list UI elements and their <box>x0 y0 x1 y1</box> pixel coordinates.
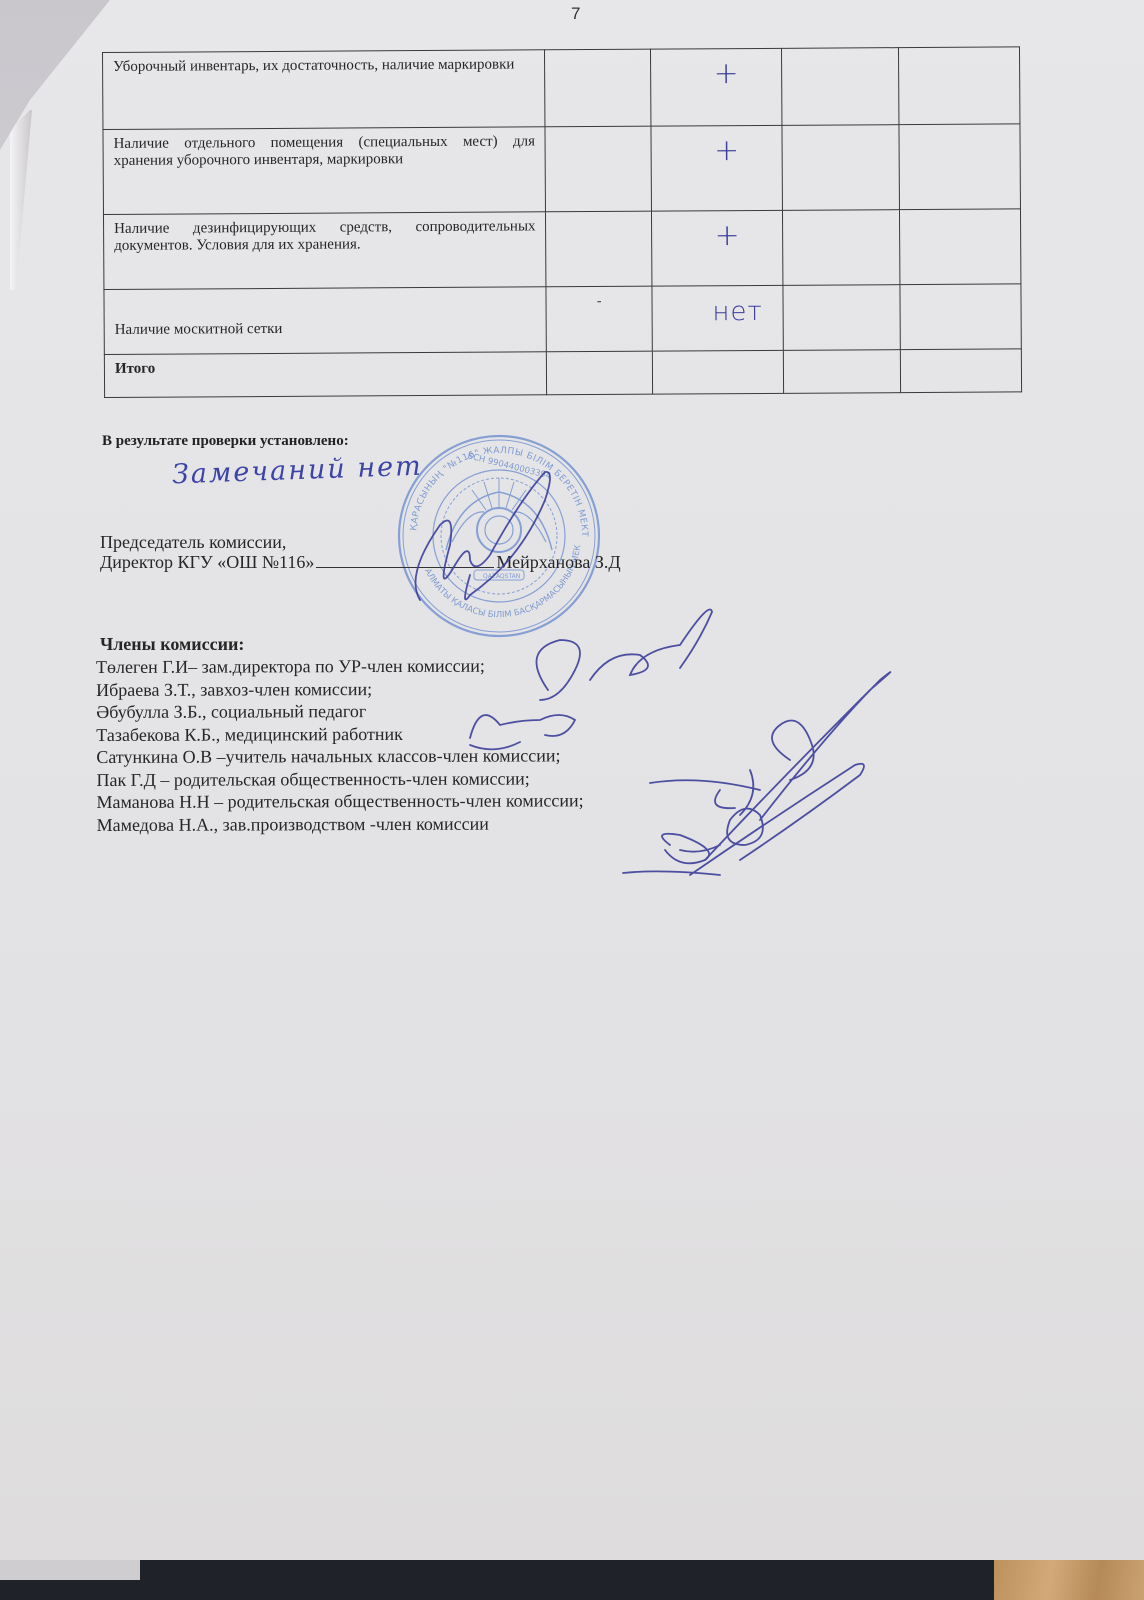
cell <box>899 209 1021 285</box>
chairman-name: Мейрханова З.Д <box>496 552 620 572</box>
cell: + <box>651 210 783 286</box>
criterion-cell: Наличие москитной сетки <box>104 287 547 355</box>
members-title: Члены комиссии: <box>100 634 244 655</box>
table-row: Уборочный инвентарь, их достаточность, н… <box>103 47 1020 130</box>
cell <box>545 49 651 127</box>
dash-mark: - <box>557 293 641 311</box>
member-item: Маманова Н.Н – родительская общественнос… <box>96 789 583 813</box>
cell <box>783 285 900 351</box>
cell: + <box>650 48 782 126</box>
cell: + <box>651 125 783 211</box>
page-number: 7 <box>571 4 580 24</box>
signature-line <box>316 567 494 568</box>
member-item: Мамедова Н.А., зав.производством -член к… <box>97 812 584 836</box>
cell <box>545 126 651 212</box>
cell <box>899 124 1021 210</box>
cell <box>783 210 900 286</box>
cell <box>784 350 901 394</box>
cell <box>900 349 1022 393</box>
cell <box>900 284 1022 350</box>
document-page: 7 Уборочный инвентарь, их достаточность,… <box>0 0 1144 1560</box>
cell <box>547 351 653 395</box>
cell <box>782 48 899 126</box>
handwritten-result: Замечаний нет <box>172 451 424 491</box>
chairman-block: Председатель комиссии, Директор КГУ «ОШ … <box>100 532 621 572</box>
table-row: Наличие москитной сетки - нет <box>104 284 1021 355</box>
member-item: Әбубулла З.Б., социальный педагог <box>96 699 583 723</box>
chairman-position: Директор КГУ «ОШ №116» <box>100 552 314 572</box>
chairman-line: Директор КГУ «ОШ №116»Мейрханова З.Д <box>100 552 621 572</box>
member-item: Тазабекова К.Б., медицинский работник <box>96 722 583 746</box>
cell: нет <box>652 285 784 351</box>
handwritten-mark: + <box>661 132 772 160</box>
handwritten-mark: нет <box>662 292 773 322</box>
member-item: Төлеген Г.И– зам.директора по УР-член ко… <box>96 654 583 678</box>
handwritten-mark: + <box>662 217 773 245</box>
member-item: Пак Г.Д – родительская общественность-чл… <box>96 767 583 791</box>
chairman-title: Председатель комиссии, <box>100 532 621 552</box>
member-item: Ибраева З.Т., завхоз-член комиссии; <box>96 677 583 701</box>
result-label: В результате проверки установлено: <box>102 433 349 450</box>
members-list: Төлеген Г.И– зам.директора по УР-член ко… <box>96 654 584 836</box>
criterion-cell: Наличие дезинфицирующих средств, сопрово… <box>103 212 546 290</box>
member-item: Сатункина О.В –учитель начальных классов… <box>96 744 583 768</box>
criterion-cell: Наличие отдельного помещения (специальны… <box>103 127 546 215</box>
table-row: Итого <box>104 349 1021 398</box>
table-row: Наличие отдельного помещения (специальны… <box>103 124 1021 215</box>
total-cell: Итого <box>104 352 547 398</box>
inspection-table: Уборочный инвентарь, их достаточность, н… <box>102 46 1022 398</box>
criterion-cell: Уборочный инвентарь, их достаточность, н… <box>103 50 546 130</box>
cell <box>546 211 652 287</box>
cell: - <box>546 286 652 352</box>
cell <box>898 47 1020 125</box>
cell <box>782 125 899 211</box>
handwritten-mark: + <box>661 55 772 83</box>
criterion-text: Наличие москитной сетки <box>114 293 536 339</box>
page-fold-corner <box>10 110 32 290</box>
cell <box>652 350 784 394</box>
table-row: Наличие дезинфицирующих средств, сопрово… <box>103 209 1020 290</box>
svg-text:QAZAQSTAN: QAZAQSTAN <box>483 573 520 580</box>
